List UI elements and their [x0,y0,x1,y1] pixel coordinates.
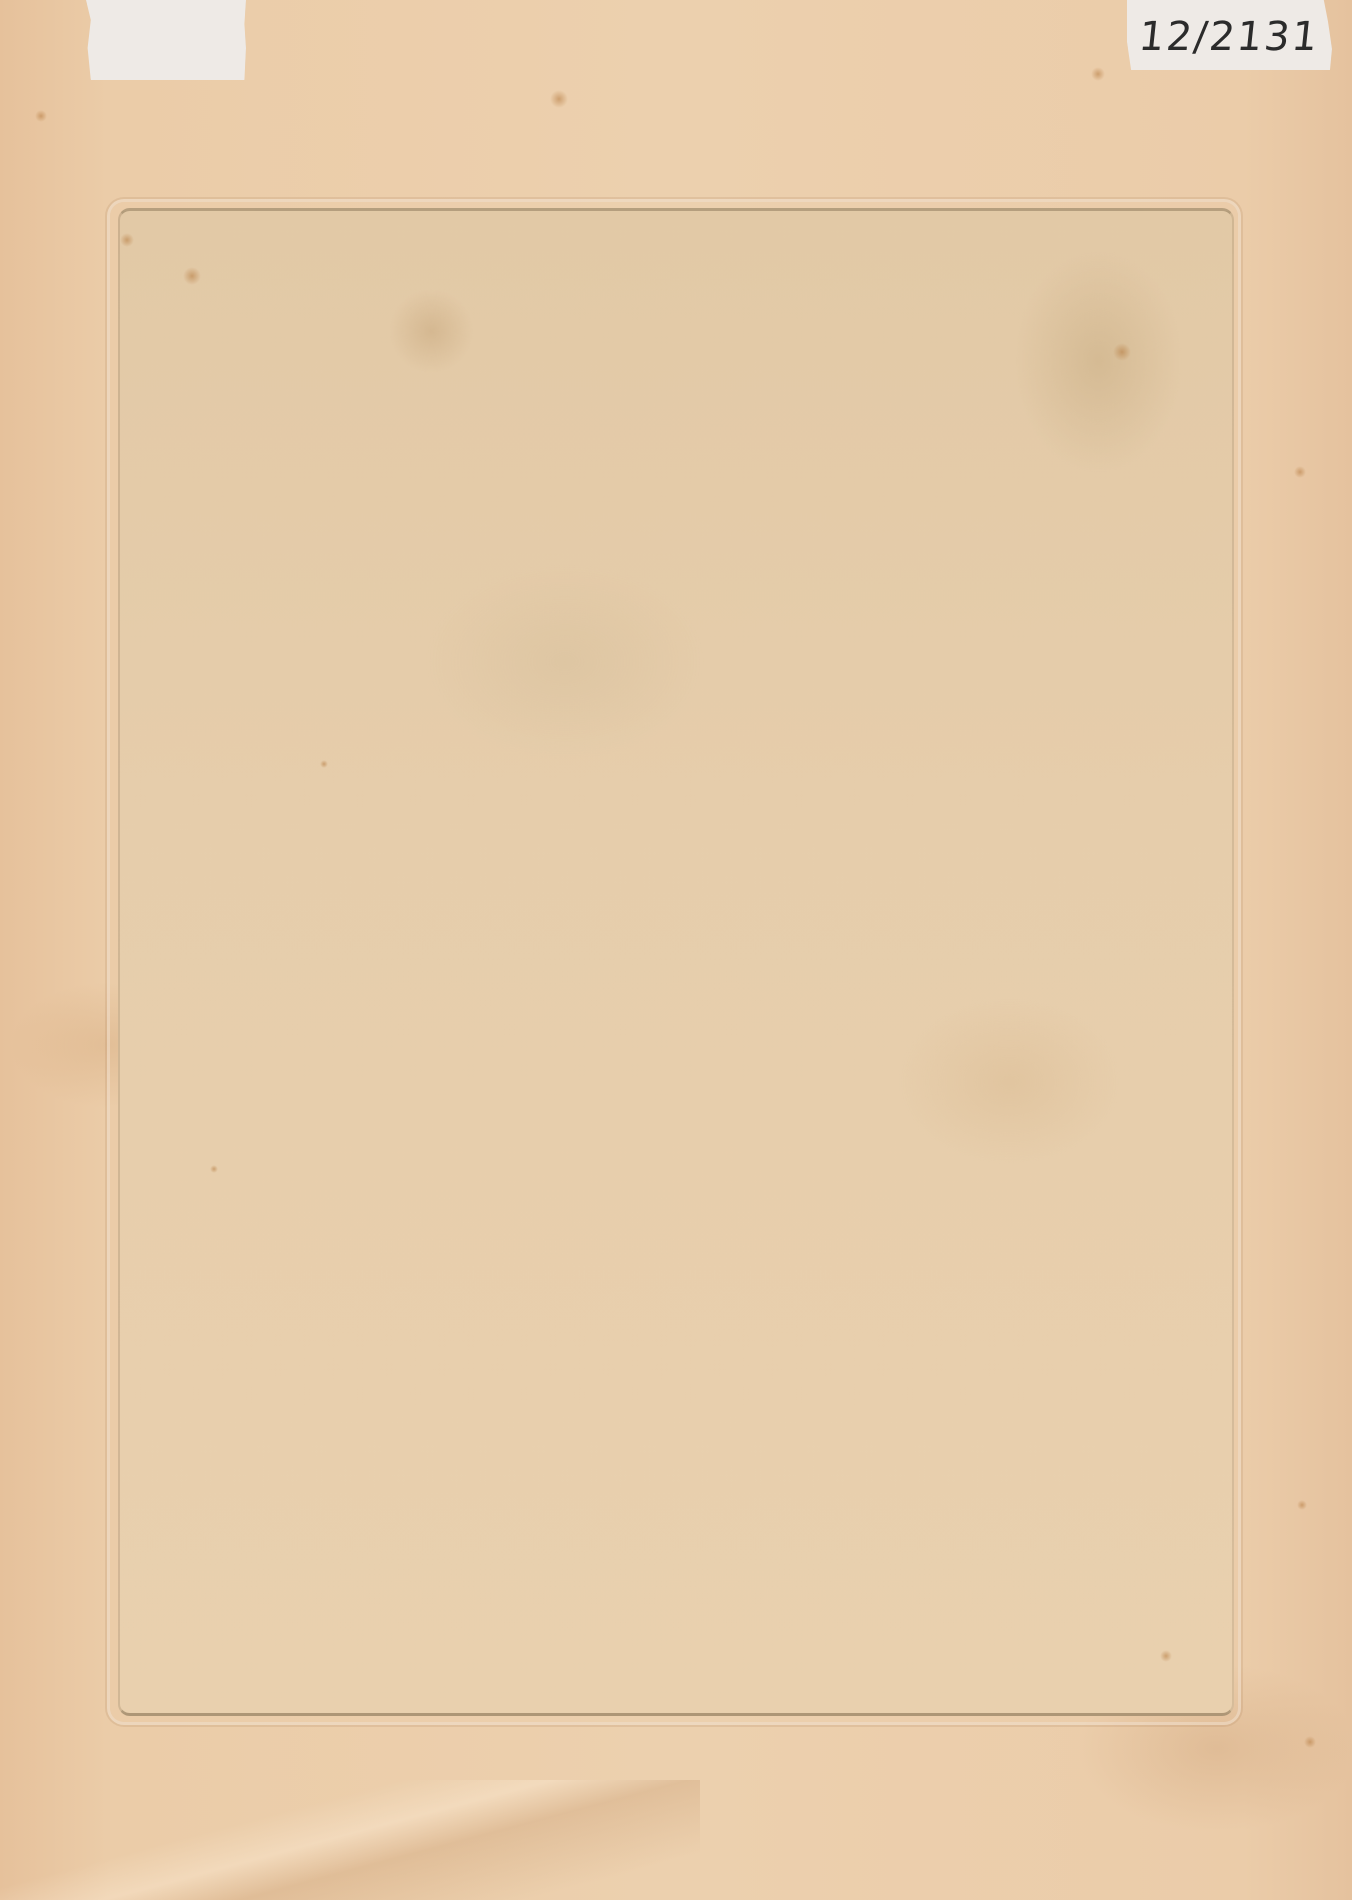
foxing-spot [1091,67,1105,81]
foxing-spot [1297,1500,1307,1510]
foxing-spot [320,760,328,768]
foxing-spot [1294,466,1306,478]
paper-fold-crease [0,1780,700,1900]
paper-sheet: 12/2131 [0,0,1352,1900]
foxing-spot [1304,1736,1316,1748]
foxing-spot [183,267,201,285]
tape-top-left [86,0,246,80]
plate-mark [118,208,1234,1716]
tape-top-right-label: 12/2131 [1127,0,1332,70]
foxing-spot [210,1165,218,1173]
foxing-spot [1113,343,1131,361]
foxing-spot [35,110,47,122]
foxing-spot [550,90,568,108]
foxing-spot [1160,1650,1172,1662]
handwritten-inventory-number: 12/2131 [1137,14,1322,60]
foxing-spot [120,233,134,247]
